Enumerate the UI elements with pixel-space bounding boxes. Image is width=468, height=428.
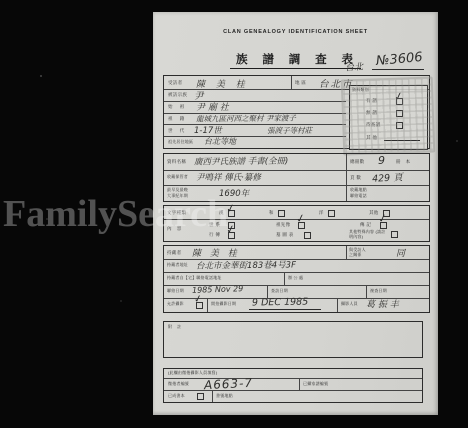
interviewee-table: 受訪者 陳 美 桂 地 區 台北市 被訪宗族 尹 始 祖 尹 廟 社 祖 籍 龍… <box>163 75 430 149</box>
handwritten-city: 台北 <box>345 59 364 73</box>
script-option-label: 洋 <box>319 210 324 216</box>
bound-book-label: 已成書本 <box>168 394 185 399</box>
grid-line <box>212 390 213 402</box>
holder-address-value: 台北市金華街183巷4号3F <box>196 258 296 271</box>
generations-value: 1-17世 <box>194 124 222 136</box>
features-table: 文字種類 漢 ✓ 和 洋 其他 內 容 世 系 祖先像 ✓ 傳 記 ✓ 行 傳 … <box>163 205 430 242</box>
relation-label-line2: 之關係 <box>349 253 362 258</box>
holder-address-label: 持藏者地址 <box>167 263 188 268</box>
shoot-date-value: 9 DEC 1985 <box>252 297 308 309</box>
grid-line <box>346 154 347 201</box>
book-number-label: 已攝家譜編號 <box>303 382 328 387</box>
grid-line <box>299 378 300 390</box>
category-option-label: 無 譜 <box>366 110 377 116</box>
category-box: 資料類別 有 譜 ✓ 無 譜 待查譜 其 他 <box>349 85 428 150</box>
content-checkbox-special <box>391 231 398 238</box>
content-option-label: 世 系 <box>209 222 220 228</box>
category-option-label: 有 譜 <box>366 98 377 104</box>
photographer-label: 攝影人員 <box>341 302 358 307</box>
volumes-label: 總冊數 <box>350 159 364 165</box>
holder-phone-label: 持藏者自【宅】聯絡電話地址 <box>167 276 222 281</box>
era-value: 1690年 <box>219 187 249 199</box>
film-speck <box>40 75 42 77</box>
content-label: 內 容 <box>167 226 183 232</box>
photo-permission-label: 允許攝影 <box>167 302 184 307</box>
category-other-line <box>384 140 420 141</box>
bound-book-checkbox <box>197 393 204 400</box>
volumes-value: 9 <box>378 154 385 167</box>
location-label-line2: 聯絡電話 <box>350 194 367 199</box>
content-option-label: 傳 記 <box>360 222 371 228</box>
era-label-line2: 大事紀年期 <box>167 194 188 199</box>
film-speck <box>120 300 122 302</box>
content-option-label: 行 傳 <box>209 232 220 238</box>
grid-line <box>164 185 429 186</box>
script-option-label: 漢 <box>219 210 224 216</box>
shoot-date-label: 開拍攝影日期 <box>211 302 236 307</box>
keeper-label: 收藏保管者 <box>167 175 188 180</box>
serial-underline <box>372 69 424 70</box>
grid-line <box>164 390 422 391</box>
grid-line <box>164 136 346 137</box>
grid-line <box>164 124 346 125</box>
volumes-unit: 冊 本 <box>396 159 410 165</box>
holder-table: 持藏者 陳 美 桂 與受訪人 之關係 同 持藏者地址 台北市金華街183巷4号3… <box>163 245 430 313</box>
category-option-label: 待查譜 <box>366 122 380 128</box>
grid-line <box>284 272 285 285</box>
remarks-box: 附 註 <box>163 321 423 358</box>
origin-label: 祖 籍 <box>168 116 187 122</box>
category-checkbox-no-genealogy <box>396 110 403 117</box>
generations-note: 張渡子等村莊 <box>267 125 312 136</box>
holder-value: 陳 美 桂 <box>192 246 240 259</box>
content-option-label: 其他特殊內容 (請註明內容) <box>349 230 387 240</box>
script-option-label: 和 <box>269 210 274 216</box>
microfilm-table: (此欄由微捲攝影人員填寫) 微捲者編號 A663-7 已攝家譜編號 已成書本 書… <box>163 368 423 403</box>
keeper-value: 尹鳴祥 傳氏‧纂修 <box>196 171 261 183</box>
grid-line <box>291 76 292 89</box>
source-table: 資料名稱 廣西尹氏族譜 手書(全冊) 總冊數 9 冊 本 收藏保管者 尹鳴祥 傳… <box>163 153 430 202</box>
residence-value: 台北等地 <box>204 136 236 147</box>
photo-permission-checkmark: ✓ <box>193 293 203 306</box>
english-title: CLAN GENEALOGY IDENTIFICATION SHEET <box>153 29 438 35</box>
form-title: 族 譜 調 查 表 <box>230 54 361 69</box>
film-speck <box>46 218 48 220</box>
script-checkbox-japanese <box>278 210 285 217</box>
recheck-date-label: 複查日期 <box>370 289 387 294</box>
scanned-form-page: CLAN GENEALOGY IDENTIFICATION SHEET 族 譜 … <box>153 12 438 415</box>
pages-label: 頁 數 <box>350 175 361 181</box>
microfilm-scan: { "meta": { "english_title": "CLAN GENEA… <box>0 0 468 428</box>
script-label: 文字種類 <box>167 210 186 216</box>
photographer-value: 葛 振 丰 <box>366 297 399 310</box>
relation-value: 同 <box>396 246 405 259</box>
area-label: 地 區 <box>295 80 306 86</box>
category-box-title: 資料類別 <box>352 88 369 93</box>
founder-label: 始 祖 <box>168 104 187 110</box>
grid-line <box>337 298 338 312</box>
origin-value: 龍城九區河西之聚村 尹家渡子 <box>196 113 296 125</box>
clan-label: 被訪宗族 <box>168 92 187 98</box>
grid-line <box>164 272 429 273</box>
source-title-value: 廣西尹氏族譜 手書(全冊) <box>194 155 288 168</box>
script-checkbox-western <box>328 210 335 217</box>
grid-line <box>207 298 208 312</box>
content-option-label: 墓 圖 表 <box>276 232 294 238</box>
film-speck <box>456 140 458 142</box>
film-number-label: 微捲者編號 <box>168 382 189 387</box>
category-checkmark: ✓ <box>393 89 405 104</box>
category-other-label: 其 他 <box>366 135 377 141</box>
grid-line <box>164 101 346 102</box>
content-checkbox-grave-charts <box>304 232 311 239</box>
office-label: 辦 公 處 <box>288 276 303 281</box>
shoot-date-underline <box>249 309 321 310</box>
visit-date-label: 查訪日期 <box>271 289 288 294</box>
remarks-label: 附 註 <box>168 325 183 330</box>
category-checkbox-pending <box>396 122 403 129</box>
grid-line <box>267 285 268 298</box>
founder-value: 尹 廟 社 <box>196 100 229 113</box>
grid-line <box>346 246 347 259</box>
source-title-label: 資料名稱 <box>167 159 186 165</box>
interviewee-label: 受訪者 <box>168 80 182 86</box>
microfilm-header: (此欄由微捲攝影人員填寫) <box>168 371 217 376</box>
content-checkmark: ✓ <box>295 211 307 226</box>
pages-value: 429 頁 <box>372 169 403 185</box>
contact-date-label: 聯絡日期 <box>167 289 184 294</box>
content-option-label: 祖先像 <box>276 222 290 228</box>
generations-label: 世 代 <box>168 128 187 134</box>
interviewee-value: 陳 美 桂 <box>196 77 249 90</box>
book-location-label: 書號地點 <box>216 394 233 399</box>
script-checkmark: ✓ <box>225 201 237 216</box>
residence-label: 祖先居住地區 <box>168 140 193 145</box>
holder-label: 持藏者 <box>167 250 181 256</box>
